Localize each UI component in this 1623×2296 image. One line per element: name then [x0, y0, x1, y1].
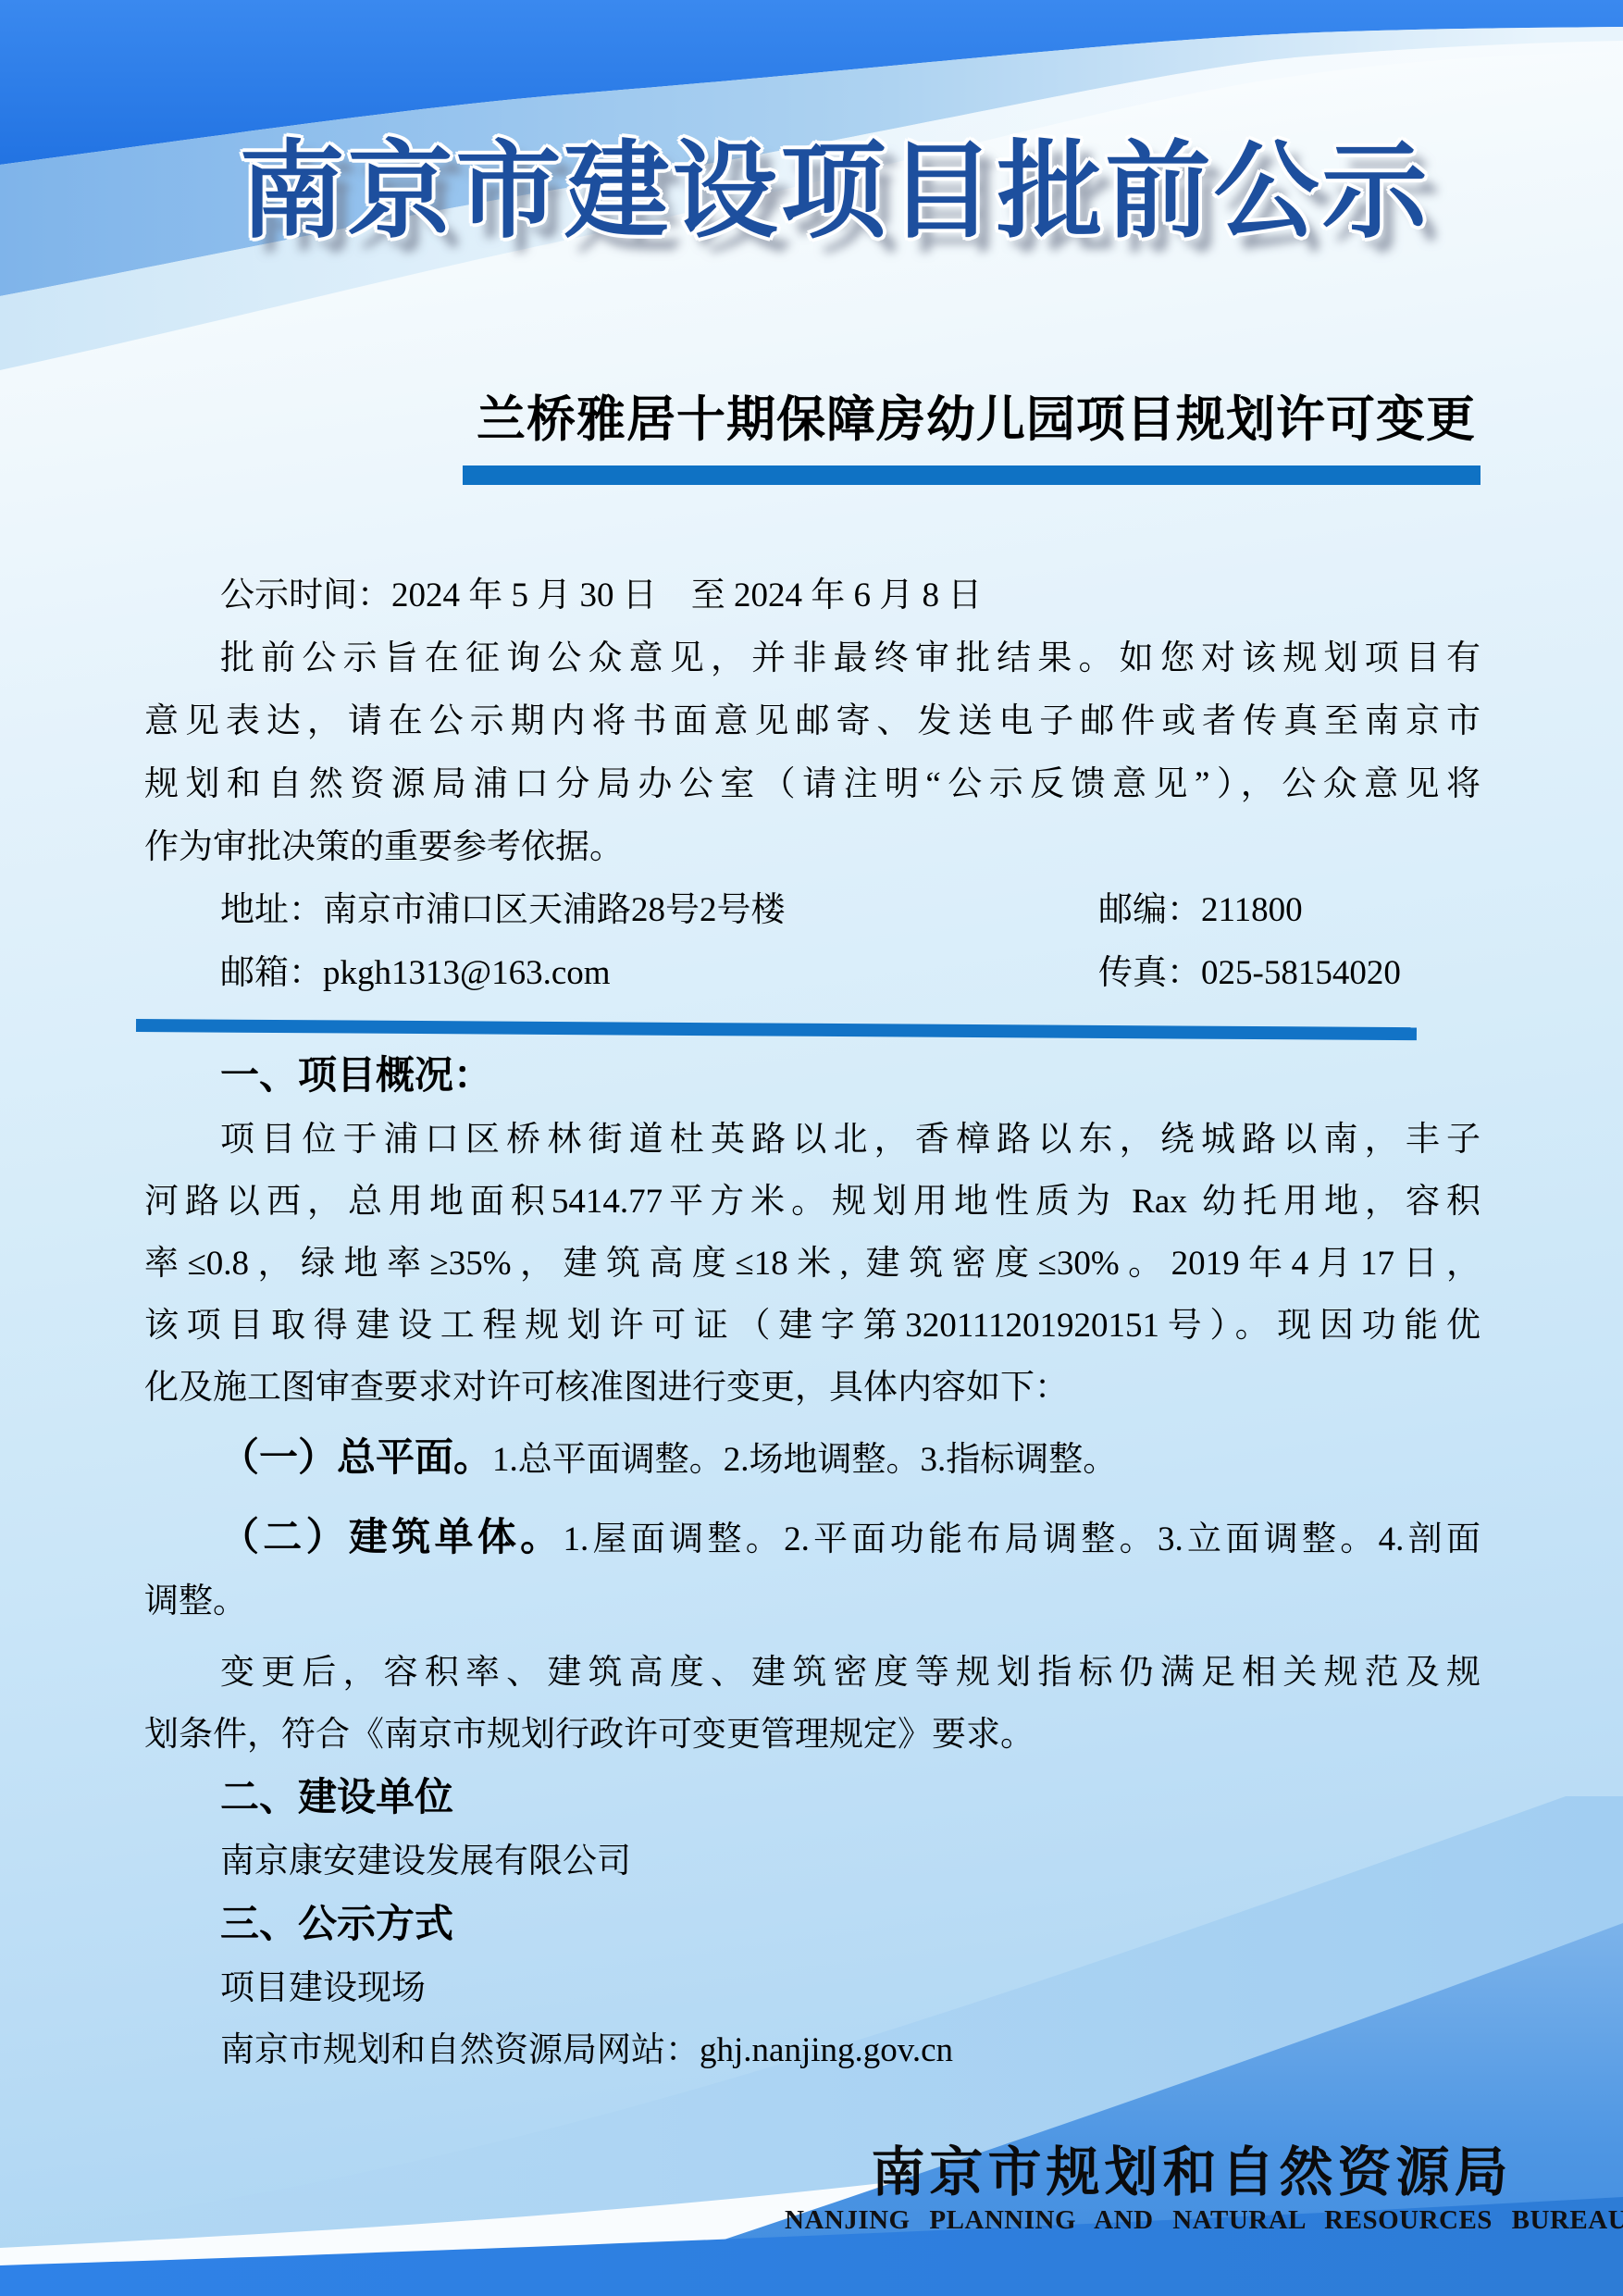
text-line: 地址：南京市浦口区天浦路28号2号楼邮编：211800	[144, 879, 1481, 942]
text-line: 三、公示方式	[144, 1893, 1481, 1957]
text-segment: 南京市规划和自然资源局网站：ghj.nanjing.gov.cn	[220, 2031, 953, 2069]
text-segment: 率≤0.8，绿地率≥35%，建筑高度≤18米, 建筑密度≤30%。2019年4月…	[144, 1245, 1481, 1283]
banner-title: 南京市建设项目批前公示	[0, 137, 1623, 248]
text-line: 公示时间：2024 年 5 月 30 日 至 2024 年 6 月 8 日	[144, 565, 1481, 627]
main-text-block: 一、项目概况：项目位于浦口区桥林街道杜英路以北，香樟路以东，绕城路以南，丰子河路…	[144, 1044, 1481, 2081]
text-line: 二、建设单位	[144, 1766, 1481, 1831]
text-segment: 1.总平面调整。2.场地调整。3.指标调整。	[492, 1441, 1117, 1479]
separator-line	[136, 1019, 1417, 1040]
text-line: 邮箱：pkgh1313@163.com传真：025-58154020	[144, 942, 1481, 1005]
text-line: 河路以西，总用地面积5414.77平方米。规划用地性质为 Rax 幼托用地，容积	[144, 1171, 1481, 1233]
text-segment: 划条件，符合《南京市规划行政许可变更管理规定》要求。	[144, 1716, 1035, 1754]
text-line: 南京康安建设发展有限公司	[144, 1831, 1481, 1893]
heading-segment: （一）总平面。	[220, 1435, 492, 1479]
heading-segment: 三、公示方式	[220, 1902, 453, 1945]
text-segment: 邮编：211800	[1022, 879, 1303, 942]
text-line: 调整。	[144, 1570, 1481, 1632]
text-segment: 南京康安建设发展有限公司	[220, 1843, 631, 1880]
text-segment: 规划和自然资源局浦口分局办公室（请注明“公示反馈意见”），公众意见将	[144, 765, 1481, 803]
intro-text-block: 公示时间：2024 年 5 月 30 日 至 2024 年 6 月 8 日批前公…	[144, 565, 1481, 1005]
text-line: 意见表达，请在公示期内将书面意见邮寄、发送电子邮件或者传真至南京市	[144, 690, 1481, 753]
text-segment: 调整。	[144, 1582, 247, 1620]
text-line: 南京市规划和自然资源局网站：ghj.nanjing.gov.cn	[144, 2019, 1481, 2081]
text-segment: 地址：南京市浦口区天浦路28号2号楼	[220, 891, 786, 929]
text-segment: 传真：025-58154020	[1022, 942, 1401, 1005]
text-segment: 变更后，容积率、建筑高度、建筑密度等规划指标仍满足相关规范及规	[220, 1654, 1481, 1692]
text-segment: 化及施工图审查要求对许可核准图进行变更，具体内容如下：	[144, 1369, 1069, 1407]
text-segment: 意见表达，请在公示期内将书面意见邮寄、发送电子邮件或者传真至南京市	[144, 702, 1481, 740]
notice-page: 南京市建设项目批前公示 兰桥雅居十期保障房幼儿园项目规划许可变更 公示时间：20…	[0, 0, 1623, 2296]
text-line: 划条件，符合《南京市规划行政许可变更管理规定》要求。	[144, 1704, 1481, 1766]
text-segment: 项目建设现场	[220, 1969, 426, 2007]
text-segment: 批前公示旨在征询公众意见，并非最终审批结果。如您对该规划项目有	[220, 639, 1481, 677]
footer-signature: 南京市规划和自然资源局 NANJING PLANNING AND NATURAL…	[785, 2143, 1599, 2235]
text-segment: 作为审批决策的重要参考依据。	[144, 828, 624, 866]
text-segment: 1.屋面调整。2.平面功能布局调整。3.立面调整。4.剖面	[564, 1520, 1481, 1558]
text-line: 化及施工图审查要求对许可核准图进行变更，具体内容如下：	[144, 1357, 1481, 1419]
text-line: 作为审批决策的重要参考依据。	[144, 816, 1481, 879]
bureau-name-en: NANJING PLANNING AND NATURAL RESOURCES B…	[785, 2205, 1599, 2235]
text-segment: 项目位于浦口区桥林街道杜英路以北，香樟路以东，绕城路以南，丰子	[220, 1121, 1481, 1159]
text-line: 该项目取得建设工程规划许可证（建字第320111201920151号）。现因功能…	[144, 1295, 1481, 1357]
text-line: 变更后，容积率、建筑高度、建筑密度等规划指标仍满足相关规范及规	[144, 1642, 1481, 1704]
text-segment: 河路以西，总用地面积5414.77平方米。规划用地性质为 Rax 幼托用地，容积	[144, 1183, 1481, 1221]
text-line: 率≤0.8，绿地率≥35%，建筑高度≤18米, 建筑密度≤30%。2019年4月…	[144, 1233, 1481, 1295]
title-underline-bar	[463, 465, 1481, 485]
bureau-name-cn: 南京市规划和自然资源局	[785, 2143, 1599, 2203]
text-line: 规划和自然资源局浦口分局办公室（请注明“公示反馈意见”），公众意见将	[144, 753, 1481, 816]
text-segment: 邮箱：pkgh1313@163.com	[220, 954, 611, 992]
text-line: （一）总平面。1.总平面调整。2.场地调整。3.指标调整。	[144, 1426, 1481, 1491]
text-line: 项目建设现场	[144, 1957, 1481, 2019]
heading-segment: 二、建设单位	[220, 1775, 453, 1818]
heading-segment: 一、项目概况：	[220, 1053, 492, 1097]
text-line: 批前公示旨在征询公众意见，并非最终审批结果。如您对该规划项目有	[144, 627, 1481, 690]
text-line: 项目位于浦口区桥林街道杜英路以北，香樟路以东，绕城路以南，丰子	[144, 1109, 1481, 1171]
heading-segment: （二）建筑单体。	[220, 1515, 564, 1558]
text-line: 一、项目概况：	[144, 1044, 1481, 1109]
text-segment: 公示时间：2024 年 5 月 30 日 至 2024 年 6 月 8 日	[220, 577, 982, 614]
text-line: （二）建筑单体。1.屋面调整。2.平面功能布局调整。3.立面调整。4.剖面	[144, 1506, 1481, 1570]
notice-title: 兰桥雅居十期保障房幼儿园项目规划许可变更	[458, 392, 1494, 448]
text-segment: 该项目取得建设工程规划许可证（建字第320111201920151号）。现因功能…	[144, 1307, 1481, 1345]
